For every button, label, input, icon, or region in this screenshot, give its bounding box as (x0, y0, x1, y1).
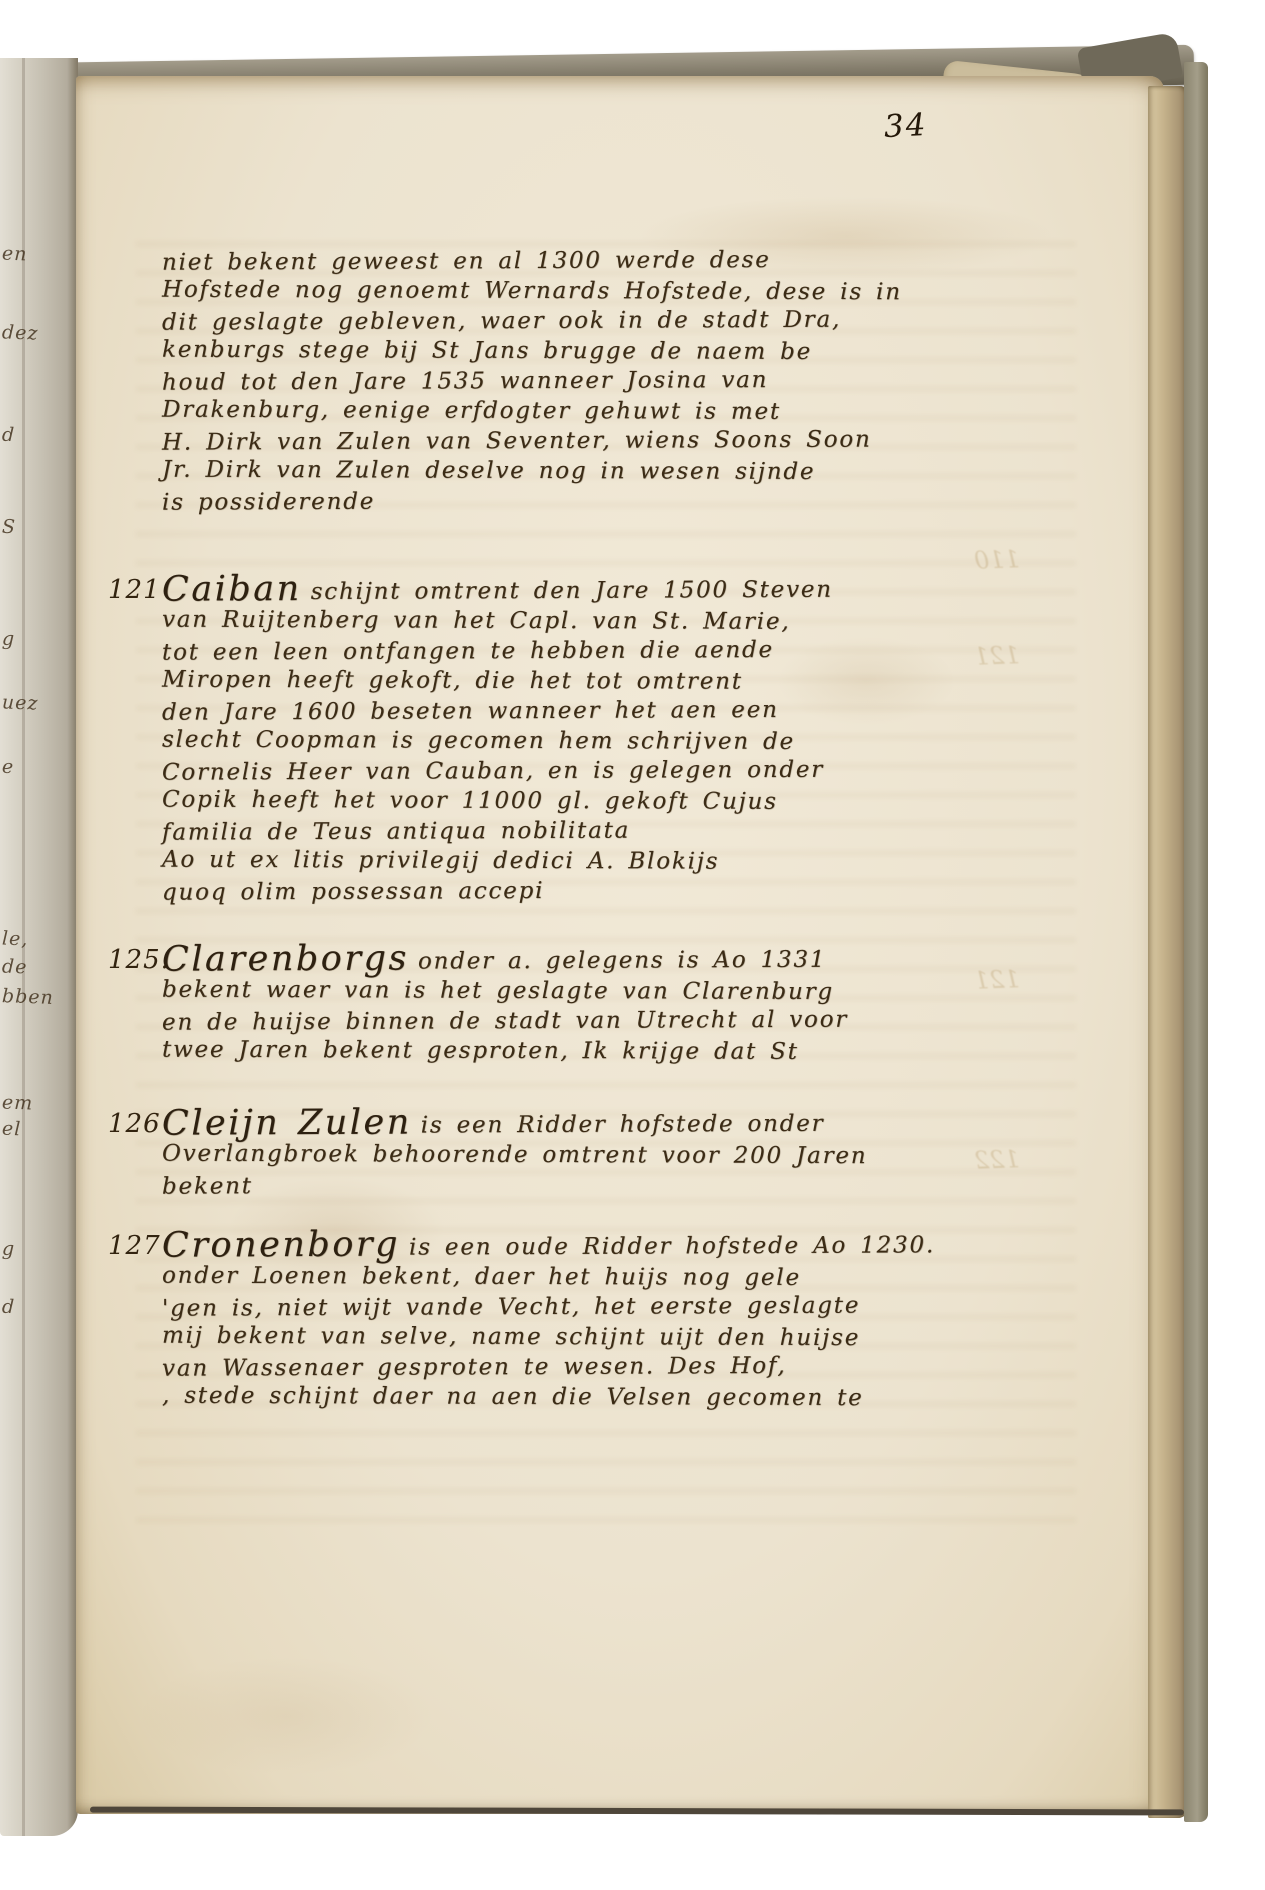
handwritten-line: Miropen heeft gekoft, die het tot omtren… (162, 665, 922, 698)
ghost-number: 121 (974, 641, 1021, 671)
handwritten-line: bekent waer van is het geslagte van Clar… (162, 975, 922, 1008)
facing-page-text-fragment: le, (2, 928, 29, 951)
facing-page-text-fragment: g (2, 628, 16, 650)
handwritten-line: dit geslagte gebleven, waer ook in de st… (162, 304, 922, 337)
manuscript-paragraph: niet bekent geweest en al 1300 werde des… (162, 246, 922, 516)
facing-page-text-fragment: uez (2, 691, 39, 714)
handwritten-line: van Wassenaer gesproten te wesen. Des Ho… (162, 1350, 922, 1383)
paragraph-lines: Cleijn Zulenis een Ridder hofstede onder… (162, 1106, 922, 1200)
manuscript-paragraph: 125. Clarenborgsonder a. gelegens is Ao … (162, 942, 922, 1066)
handwritten-line: Cronenborgis een oude Ridder hofstede Ao… (162, 1226, 922, 1263)
handwritten-line: Hofstede nog genoemt Wernards Hofstede, … (162, 275, 922, 308)
handwritten-line: bekent (162, 1168, 922, 1201)
paragraph-lead-word: Caiban (162, 569, 302, 610)
handwritten-line: , stede schijnt daer na aen die Velsen g… (162, 1381, 922, 1414)
paragraph-lead-word: Clarenborgs (162, 939, 409, 980)
handwritten-line: Clarenborgsonder a. gelegens is Ao 1331 (162, 940, 922, 977)
paragraph-lines: Cronenborgis een oude Ridder hofstede Ao… (162, 1228, 922, 1412)
handwritten-line: twee Jaren bekent gesproten, Ik krijge d… (162, 1035, 922, 1068)
facing-page-text-fragment: de (2, 956, 28, 979)
ghost-number: 122 (974, 1145, 1021, 1175)
handwritten-line: Caibanschijnt omtrent den Jare 1500 Stev… (162, 570, 922, 607)
paragraph-lines: Clarenborgsonder a. gelegens is Ao 1331b… (162, 942, 922, 1066)
facing-page-text-fragment: bben (2, 985, 55, 1009)
manuscript-text-block: niet bekent geweest en al 1300 werde des… (162, 246, 922, 1412)
handwritten-line: kenburgs stege bij St Jans brugge de nae… (162, 335, 922, 368)
page-fore-edge (1148, 86, 1188, 1818)
paragraph-lead-word: Cleijn Zulen (162, 1103, 412, 1144)
handwritten-line: quoq olim possessan accepi (162, 874, 922, 907)
handwritten-line: is possiderende (162, 484, 922, 517)
handwritten-line: Cornelis Heer van Cauban, en is gelegen … (162, 754, 922, 787)
handwritten-line: houd tot den Jare 1535 wanneer Josina va… (162, 364, 922, 397)
photo-background: endezdSguezele,debbenemelgd 110121121122… (0, 0, 1265, 1890)
facing-page-text-fragment: S (2, 516, 17, 538)
paragraph-lines: Caibanschijnt omtrent den Jare 1500 Stev… (162, 572, 922, 906)
page-number: 34 (883, 107, 928, 145)
facing-page-text-fragment: d (2, 1296, 16, 1318)
manuscript-paragraph: 127 Cronenborgis een oude Ridder hofsted… (162, 1228, 922, 1412)
paragraph-number: 121 (108, 575, 161, 605)
facing-page-text-fragment: en (2, 243, 28, 266)
handwritten-line: Overlangbroek behoorende omtrent voor 20… (162, 1139, 922, 1172)
handwritten-line: Jr. Dirk van Zulen deselve nog in wesen … (162, 455, 922, 488)
facing-page-text-fragment: em (2, 1091, 34, 1114)
book-cover-right-edge (1184, 62, 1208, 1822)
handwritten-line: en de huijse binnen de stadt van Utrecht… (162, 1004, 922, 1037)
handwritten-line: 'gen is, niet wijt vande Vecht, het eers… (162, 1290, 922, 1323)
handwritten-line: tot een leen ontfangen te hebben die aen… (162, 634, 922, 667)
handwritten-line: Ao ut ex litis privilegij dedici A. Blok… (162, 845, 922, 878)
paper-stain (136, 1656, 436, 1776)
facing-page-text-fragment: g (2, 1238, 16, 1260)
manuscript-page: 110121121122 34 niet bekent geweest en a… (76, 76, 1164, 1814)
handwritten-line: den Jare 1600 beseten wanneer het aen ee… (162, 694, 922, 727)
handwritten-line: onder Loenen bekent, daer het huijs nog … (162, 1261, 922, 1294)
facing-page-gutter-text: endezdSguezele,debbenemelgd (0, 0, 40, 1890)
handwritten-line: Copik heeft het voor 11000 gl. gekoft Cu… (162, 785, 922, 818)
handwritten-line: familia de Teus antiqua nobilitata (162, 814, 922, 847)
ghost-number: 110 (974, 545, 1021, 575)
paragraph-number: 125. (108, 945, 170, 975)
handwritten-line: Drakenburg, eenige erfdogter gehuwt is m… (162, 395, 922, 428)
ghost-number: 121 (974, 965, 1021, 995)
facing-page-text-fragment: el (2, 1118, 22, 1141)
manuscript-paragraph: 121 Caibanschijnt omtrent den Jare 1500 … (162, 572, 922, 906)
facing-page-text-fragment: d (2, 424, 16, 446)
manuscript-paragraph: 126 Cleijn Zulenis een Ridder hofstede o… (162, 1106, 922, 1200)
paragraph-number: 127 (108, 1231, 161, 1261)
handwritten-line: Cleijn Zulenis een Ridder hofstede onder (162, 1104, 922, 1141)
paragraph-number: 126 (108, 1109, 161, 1139)
handwritten-line: mij bekent van selve, name schijnt uijt … (162, 1321, 922, 1354)
facing-page-text-fragment: e (2, 756, 15, 778)
paragraph-lead-word: Cronenborg (162, 1225, 400, 1266)
facing-page-text-fragment: dez (2, 321, 39, 344)
handwritten-line: slecht Coopman is gecomen hem schrijven … (162, 725, 922, 758)
handwritten-line: niet bekent geweest en al 1300 werde des… (162, 244, 922, 277)
handwritten-line: van Ruijtenberg van het Capl. van St. Ma… (162, 605, 922, 638)
handwritten-line: H. Dirk van Zulen van Seventer, wiens So… (162, 424, 922, 457)
paragraph-lines: niet bekent geweest en al 1300 werde des… (162, 246, 922, 516)
